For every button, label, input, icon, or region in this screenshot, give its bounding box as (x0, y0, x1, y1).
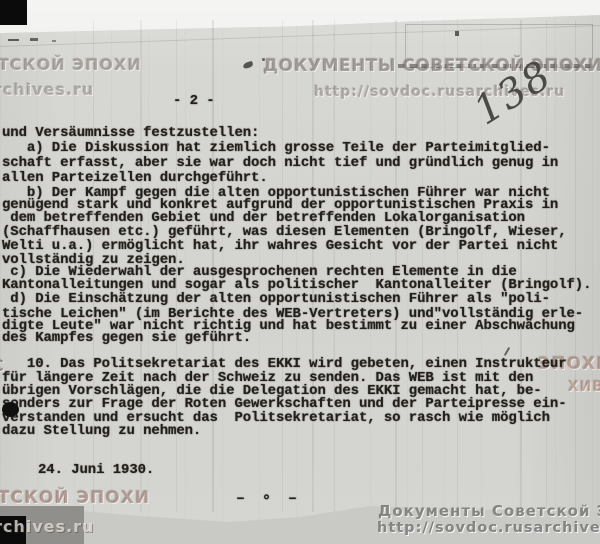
ink-speck (52, 40, 56, 42)
scanned-document-page: ТСКОЙ ЭПОХИ rchives.ru ДОКУМЕНТЫ СОВЕТСК… (0, 0, 600, 544)
typed-line: des Kampfes gegen sie geführt. (2, 332, 251, 345)
scan-corner-top-left (0, 0, 27, 25)
typed-line: und Versäumnisse festzustellen: (2, 127, 259, 140)
typed-line: d) Die Einschätzung der alten opportunis… (2, 293, 550, 306)
watermark-bottom-right-line2: http://sovdoc.rusarchives.ru (377, 520, 600, 536)
typed-line: a) Die Diskussion hat ziemlich grosse Te… (2, 142, 550, 155)
ink-speck (30, 38, 38, 41)
ink-blot (2, 402, 19, 417)
page-number: - 2 - (173, 95, 215, 108)
typed-line: schaft erfasst, aber sie war doch nicht … (2, 157, 558, 170)
watermark-bottom-left-line1: ТСКОЙ ЭПОХИ (0, 488, 150, 508)
typed-line: allen Parteizellen durchgeführt. (2, 172, 268, 185)
ink-speck (262, 58, 265, 61)
watermark-top-left-line1: ТСКОЙ ЭПОХИ (0, 55, 142, 74)
watermark-mid-right-partial2: ХИВ (568, 379, 600, 395)
ink-speck (455, 31, 459, 36)
typed-line: dazu Stellung zu nehmen. (2, 425, 201, 438)
ink-speck (8, 39, 19, 41)
date-line: 24. Juni 1930. (38, 464, 154, 477)
watermark-top-left-line2: rchives.ru (0, 80, 94, 99)
watermark-bottom-right-line1: Документы Советской Эпохи (378, 502, 600, 520)
ink-speck (166, 143, 169, 146)
scan-streak (575, 20, 576, 512)
end-mark: – ∘ – (236, 492, 301, 505)
watermark-bottom-left-line2: rchives.ru (0, 517, 94, 536)
